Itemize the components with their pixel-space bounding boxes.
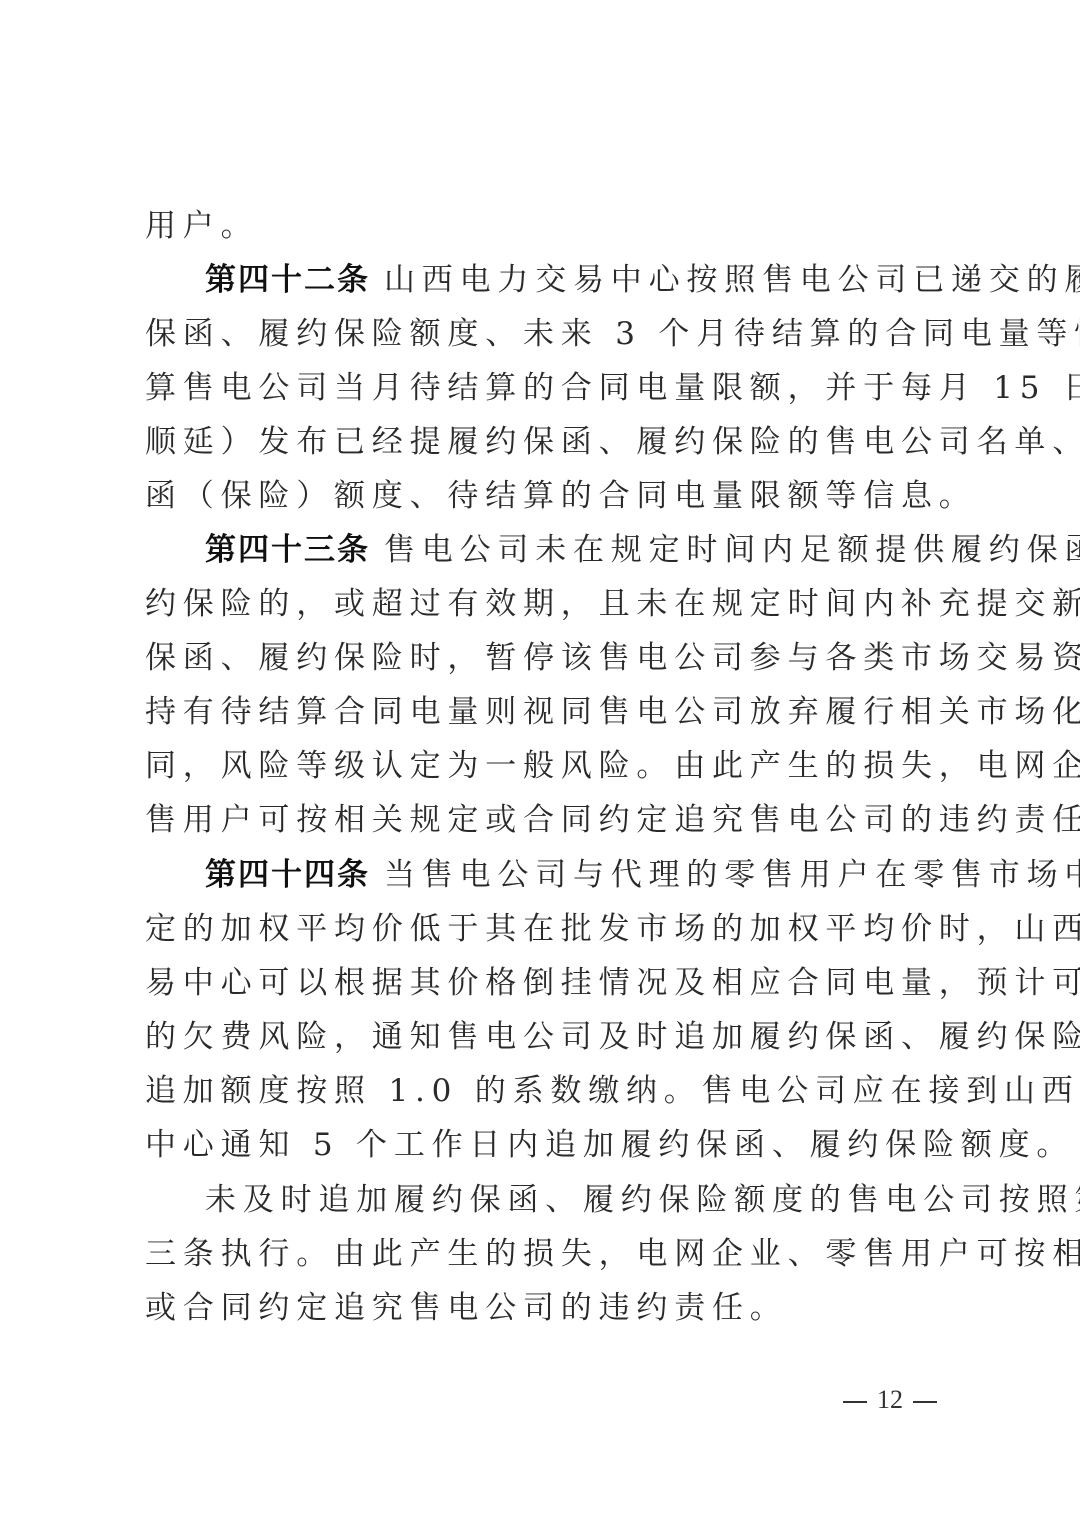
line-text: 算售电公司当月待结算的合同电量限额，并于每月 15 日（节假日: [145, 370, 1080, 406]
text-line: 中心通知 5 个工作日内追加履约保函、履约保险额度。: [145, 1125, 937, 1165]
text-line: 保函、履约保险时，暂停该售电公司参与各类市场交易资格，若: [145, 638, 937, 678]
text-line: 顺延）发布已经提履约保函、履约保险的售电公司名单、履约保: [145, 422, 937, 462]
dash-right: [913, 1401, 937, 1403]
article-43-title: 第四十三条: [205, 532, 370, 568]
line-text: 用户。: [145, 208, 258, 244]
line-text: 山西电力交易中心按照售电公司已递交的履约: [384, 262, 1080, 298]
text-line: 持有待结算合同电量则视同售电公司放弃履行相关市场化交易合: [145, 692, 937, 732]
text-line: 函（保险）额度、待结算的合同电量限额等信息。: [145, 476, 937, 516]
text-line: 售用户可按相关规定或合同约定追究售电公司的违约责任。: [145, 800, 937, 840]
text-line: 三条执行。由此产生的损失，电网企业、零售用户可按相关规定: [145, 1234, 937, 1274]
text-line: 约保险的，或超过有效期，且未在规定时间内补充提交新的履约: [145, 584, 937, 624]
text-line: 易中心可以根据其价格倒挂情况及相应合同电量，预计可能出现: [145, 963, 937, 1003]
article-44-title: 第四十四条: [205, 857, 370, 893]
document-page: 用户。 第四十二条山西电力交易中心按照售电公司已递交的履约 保函、履约保险额度、…: [0, 0, 1080, 1528]
line-text: 顺延）发布已经提履约保函、履约保险的售电公司名单、履约保: [145, 424, 1080, 460]
line-text: 约保险的，或超过有效期，且未在规定时间内补充提交新的履约: [145, 586, 1080, 622]
page-number-value: 12: [877, 1385, 903, 1414]
article-43-heading-line: 第四十三条售电公司未在规定时间内足额提供履约保函、履: [205, 530, 937, 570]
line-text: 同，风险等级认定为一般风险。由此产生的损失，电网企业、零: [145, 748, 1080, 784]
page-number: 12: [830, 1380, 950, 1420]
text-line: 算售电公司当月待结算的合同电量限额，并于每月 15 日（节假日: [145, 368, 937, 408]
line-text: 三条执行。由此产生的损失，电网企业、零售用户可按相关规定: [145, 1236, 1080, 1272]
line-text: 定的加权平均价低于其在批发市场的加权平均价时，山西电力交: [145, 911, 1080, 947]
line-text: 未及时追加履约保函、履约保险额度的售电公司按照第四十: [205, 1182, 1080, 1218]
text-line: 或合同约定追究售电公司的违约责任。: [145, 1288, 937, 1328]
article-44-heading-line: 第四十四条当售电公司与代理的零售用户在零售市场中约: [205, 855, 937, 895]
line-text: 中心通知 5 个工作日内追加履约保函、履约保险额度。: [145, 1127, 1074, 1163]
line-text: 保函、履约保险时，暂停该售电公司参与各类市场交易资格，若: [145, 640, 1080, 676]
text-line-continuation: 用户。: [145, 206, 937, 246]
line-text: 售电公司未在规定时间内足额提供履约保函、履: [384, 532, 1080, 568]
article-42-title: 第四十二条: [205, 262, 370, 298]
line-text: 或合同约定追究售电公司的违约责任。: [145, 1290, 788, 1326]
dash-left: [843, 1401, 867, 1403]
text-line: 追加额度按照 1.0 的系数缴纳。售电公司应在接到山西电力交易: [145, 1071, 937, 1111]
text-line: 保函、履约保险额度、未来 3 个月待结算的合同电量等情况，计: [145, 314, 937, 354]
line-text: 保函、履约保险额度、未来 3 个月待结算的合同电量等情况，计: [145, 316, 1080, 352]
text-line: 的欠费风险，通知售电公司及时追加履约保函、履约保险额度，: [145, 1017, 937, 1057]
text-line: 定的加权平均价低于其在批发市场的加权平均价时，山西电力交: [145, 909, 937, 949]
paragraph-start-line: 未及时追加履约保函、履约保险额度的售电公司按照第四十: [205, 1180, 937, 1220]
line-text: 售用户可按相关规定或合同约定追究售电公司的违约责任。: [145, 802, 1080, 838]
line-text: 的欠费风险，通知售电公司及时追加履约保函、履约保险额度，: [145, 1019, 1080, 1055]
line-text: 函（保险）额度、待结算的合同电量限额等信息。: [145, 478, 977, 514]
line-text: 追加额度按照 1.0 的系数缴纳。售电公司应在接到山西电力交易: [145, 1073, 1080, 1109]
line-text: 当售电公司与代理的零售用户在零售市场中约: [384, 857, 1080, 893]
line-text: 易中心可以根据其价格倒挂情况及相应合同电量，预计可能出现: [145, 965, 1080, 1001]
line-text: 持有待结算合同电量则视同售电公司放弃履行相关市场化交易合: [145, 694, 1080, 730]
article-42-heading-line: 第四十二条山西电力交易中心按照售电公司已递交的履约: [205, 260, 937, 300]
text-line: 同，风险等级认定为一般风险。由此产生的损失，电网企业、零: [145, 746, 937, 786]
